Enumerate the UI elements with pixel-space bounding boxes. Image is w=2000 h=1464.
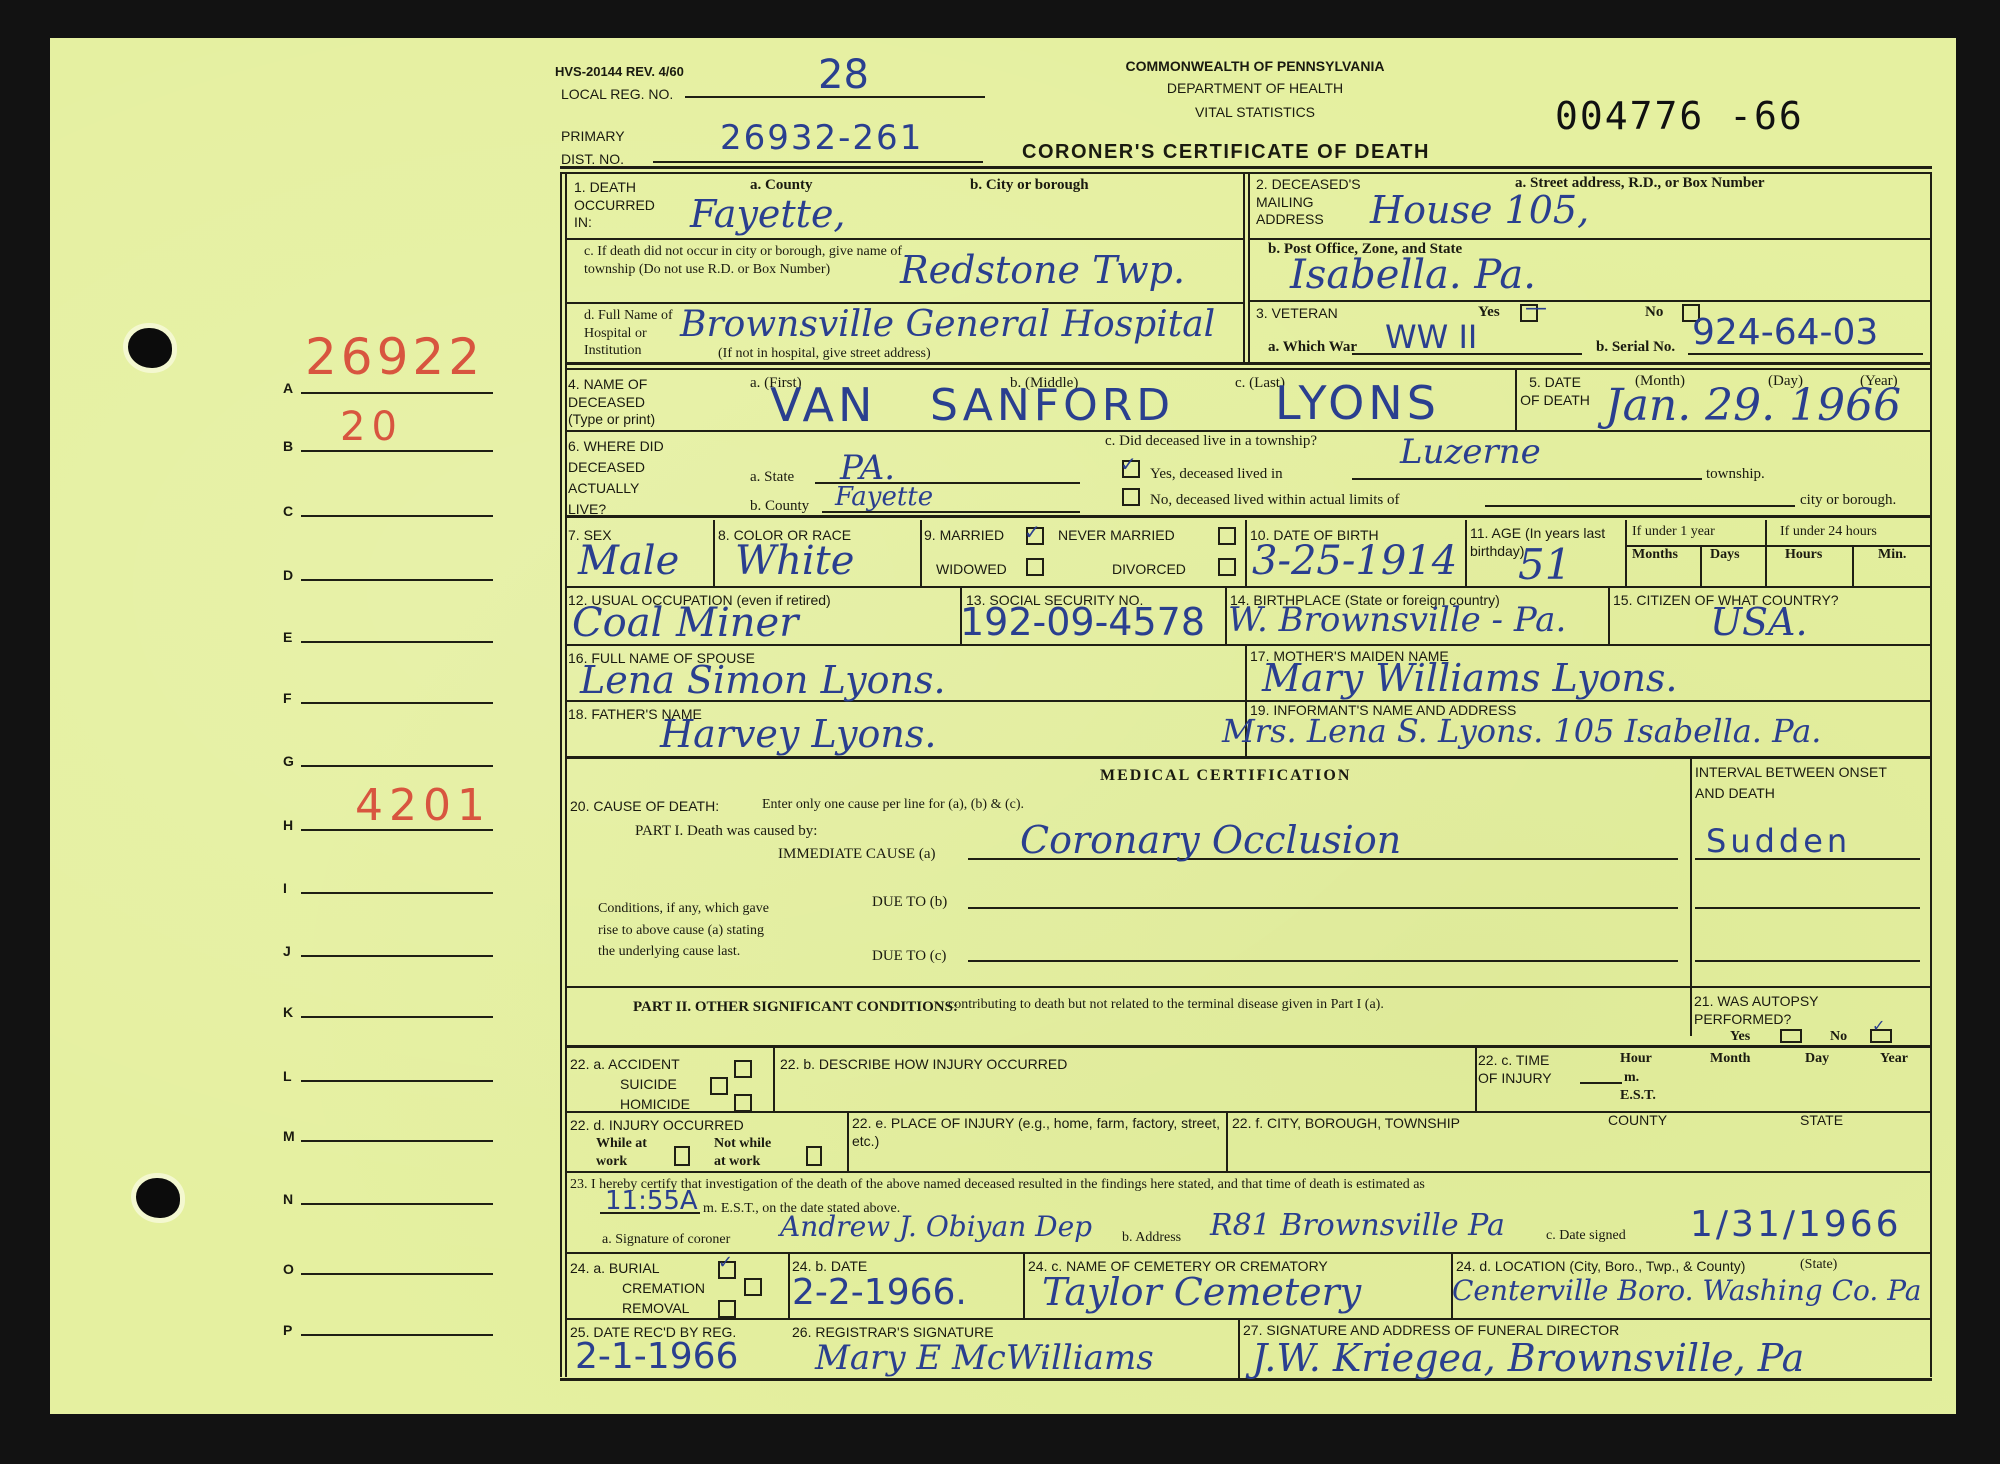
injury-c-label: 22. c. TIME OF INJURY xyxy=(1478,1052,1558,1087)
margin-row-p: P xyxy=(283,1316,493,1338)
f6-state-label: a. State xyxy=(750,468,794,487)
f11-value[interactable]: 51 xyxy=(1518,540,1571,589)
local-reg-label: LOCAL REG. NO. xyxy=(561,86,673,104)
injury-suicide-checkbox[interactable] xyxy=(710,1077,728,1095)
margin-row-n: N xyxy=(283,1185,493,1207)
f6-yes-check-mark-icon: ✓ xyxy=(1120,452,1137,476)
f9-married-label: 9. MARRIED xyxy=(924,527,1004,545)
f9-widowed-label: WIDOWED xyxy=(936,561,1007,579)
form-id: HVS-20144 REV. 4/60 xyxy=(555,64,684,80)
f5-label: 5. DATE OF DEATH xyxy=(1520,374,1590,409)
injury-f-state: STATE xyxy=(1800,1112,1843,1130)
f6-label: 6. WHERE DID DECEASED ACTUALLY LIVE? xyxy=(568,436,668,520)
f13-value[interactable]: 192-09-4578 xyxy=(960,600,1205,644)
f1-city-label: b. City or borough xyxy=(970,176,1089,195)
f9-divorced-checkbox[interactable] xyxy=(1218,558,1236,576)
margin-row-l: L xyxy=(283,1062,493,1084)
f17-value[interactable]: Mary Williams Lyons. xyxy=(1262,656,1678,700)
injury-f-label: 22. f. CITY, BOROUGH, TOWNSHIP xyxy=(1232,1115,1460,1133)
injury-c-year: Year xyxy=(1880,1050,1908,1068)
local-reg-value: 28 xyxy=(818,52,869,98)
injury-d-label: 22. d. INJURY OCCURRED xyxy=(570,1117,744,1135)
f9-divorced-label: DIVORCED xyxy=(1112,561,1186,579)
margin-row-c: C xyxy=(283,497,493,519)
autopsy-label: 21. WAS AUTOPSY PERFORMED? xyxy=(1694,993,1834,1028)
part2-label: PART II. OTHER SIGNIFICANT CONDITIONS: xyxy=(633,998,958,1017)
f19-value[interactable]: Mrs. Lena S. Lyons. 105 Isabella. Pa. xyxy=(1222,712,1821,750)
dist-value: 26932-261 xyxy=(720,118,923,158)
margin-annotation-b: 20 xyxy=(340,404,403,450)
f12-value[interactable]: Coal Miner xyxy=(572,600,798,646)
burial-check-mark-icon: ✓ xyxy=(718,1252,733,1273)
autopsy-yes-label: Yes xyxy=(1730,1028,1750,1046)
f6-county-label: b. County xyxy=(750,497,809,516)
burial-date-value[interactable]: 2-2-1966. xyxy=(792,1272,967,1313)
injury-c-m: m. xyxy=(1624,1069,1639,1087)
f15-value[interactable]: USA. xyxy=(1710,600,1808,644)
f1-hospital-label: d. Full Name of Hospital or Institution xyxy=(584,307,694,360)
f6-city-suffix: city or borough. xyxy=(1800,491,1896,510)
immediate-cause-label: IMMEDIATE CAUSE (a) xyxy=(778,845,935,864)
margin-row-d: D xyxy=(283,561,493,583)
registrar-signature-value[interactable]: Mary E McWilliams xyxy=(815,1338,1154,1378)
part2-note: contributing to death but not related to… xyxy=(948,996,1384,1014)
injury-d-not-while: Not while at work xyxy=(714,1135,784,1170)
coroner-signature-value[interactable]: Andrew J. Obiyan Dep xyxy=(780,1210,1092,1243)
f6-county-value[interactable]: Fayette xyxy=(835,482,933,512)
dist-line xyxy=(653,161,983,163)
autopsy-no-check-mark-icon: ✓ xyxy=(1872,1016,1885,1035)
f4-last-value[interactable]: LYONS xyxy=(1275,376,1440,430)
f9-married-check-mark-icon: ✓ xyxy=(1024,520,1041,544)
coroner-address-label: b. Address xyxy=(1122,1229,1181,1247)
margin-row-m: M xyxy=(283,1122,493,1144)
f4-first-value[interactable]: VAN xyxy=(770,378,876,432)
f11-days-label: Days xyxy=(1710,546,1740,564)
cremation-label: CREMATION xyxy=(622,1280,705,1298)
certify-text: 23. I hereby certify that investigation … xyxy=(570,1176,1425,1194)
part1-label: PART I. Death was caused by: xyxy=(635,822,817,841)
burial-label: 24. a. BURIAL xyxy=(570,1260,660,1278)
injury-d-while: While at work xyxy=(596,1135,656,1170)
margin-row-j: J xyxy=(283,937,493,959)
cause-instructions: Enter only one cause per line for (a), (… xyxy=(762,796,1024,814)
f3-no-label: No xyxy=(1645,303,1663,322)
f10-value[interactable]: 3-25-1914 xyxy=(1252,538,1457,584)
margin-annotation-h: 4201 xyxy=(355,780,491,831)
injury-suicide-label: SUICIDE xyxy=(620,1076,677,1094)
injury-c-est: E.S.T. xyxy=(1620,1087,1656,1105)
f3-yes-label: Yes xyxy=(1478,303,1500,322)
injury-homicide-checkbox[interactable] xyxy=(734,1094,752,1112)
f11-months-label: Months xyxy=(1632,546,1678,564)
f2-label: 2. DECEASED'S MAILING ADDRESS xyxy=(1256,176,1366,229)
f2-street-value[interactable]: House 105, xyxy=(1370,188,1589,232)
date-signed-label: c. Date signed xyxy=(1546,1227,1626,1245)
f6-township-value[interactable]: Luzerne xyxy=(1400,432,1541,472)
autopsy-yes-checkbox[interactable] xyxy=(1780,1029,1802,1043)
f6-no-text: No, deceased lived within actual limits … xyxy=(1150,491,1400,510)
date-recd-value[interactable]: 2-1-1966 xyxy=(575,1336,738,1377)
margin-annotation-a: 26922 xyxy=(305,328,484,386)
injury-accident-checkbox[interactable] xyxy=(734,1060,752,1078)
f3-label: 3. VETERAN xyxy=(1256,305,1338,323)
f11-under1-label: If under 1 year xyxy=(1632,523,1715,541)
funeral-director-value[interactable]: J.W. Kriegea, Brownsville, Pa xyxy=(1252,1336,1804,1380)
margin-row-o: O xyxy=(283,1255,493,1277)
due-to-c-label: DUE TO (c) xyxy=(872,947,946,966)
f6-township-suffix: township. xyxy=(1706,465,1765,484)
margin-row-e: E xyxy=(283,623,493,645)
f11-min-label: Min. xyxy=(1878,546,1906,564)
f2-po-value[interactable]: Isabella. Pa. xyxy=(1290,252,1536,298)
cause-label: 20. CAUSE OF DEATH: xyxy=(570,798,719,816)
f1-township-value[interactable]: Redstone Twp. xyxy=(900,248,1185,292)
f8-value[interactable]: White xyxy=(735,538,854,584)
f1-hospital-note: (If not in hospital, give street address… xyxy=(718,345,931,363)
conditions-note: Conditions, if any, which gave rise to a… xyxy=(598,898,773,963)
autopsy-no-label: No xyxy=(1830,1028,1847,1046)
agency-line3: VITAL STATISTICS xyxy=(1085,104,1425,122)
certify-time-value[interactable]: 11:55A xyxy=(605,1186,698,1216)
f3-serial-label: b. Serial No. xyxy=(1596,338,1675,357)
f3-yes-check-mark-icon: — xyxy=(1525,296,1547,321)
margin-row-f: F xyxy=(283,684,493,706)
f6-yes-text: Yes, deceased lived in xyxy=(1150,465,1283,484)
date-signed-value[interactable]: 1/31/1966 xyxy=(1690,1204,1902,1245)
due-to-b-label: DUE TO (b) xyxy=(872,893,947,912)
f1-hospital-value[interactable]: Brownsville General Hospital xyxy=(680,304,1215,345)
cemetery-value[interactable]: Taylor Cemetery xyxy=(1042,1270,1361,1314)
f11-under24-label: If under 24 hours xyxy=(1780,523,1877,541)
f1-label: 1. DEATH OCCURRED IN: xyxy=(574,179,664,232)
coroner-address-value[interactable]: R81 Brownsville Pa xyxy=(1210,1208,1505,1243)
f7-value[interactable]: Male xyxy=(578,538,679,584)
removal-checkbox[interactable] xyxy=(718,1300,736,1318)
injury-not-while-checkbox[interactable] xyxy=(806,1146,822,1166)
certificate-number: 004776 -66 xyxy=(1555,94,1804,138)
f16-value[interactable]: Lena Simon Lyons. xyxy=(580,658,946,702)
injury-c-day: Day xyxy=(1805,1050,1829,1068)
margin-row-k: K xyxy=(283,998,493,1020)
f4-label: 4. NAME OF DECEASED (Type or print) xyxy=(568,376,678,429)
coroner-signature-label: a. Signature of coroner xyxy=(602,1231,730,1249)
burial-state-label: (State) xyxy=(1800,1256,1837,1274)
f11-hours-label: Hours xyxy=(1785,546,1822,564)
agency-line1: COMMONWEALTH OF PENNSYLVANIA xyxy=(1085,58,1425,76)
f18-value[interactable]: Harvey Lyons. xyxy=(660,712,936,756)
f1-county-value[interactable]: Fayette, xyxy=(690,192,846,236)
f3-war-label: a. Which War xyxy=(1268,338,1357,357)
f6-township-question: c. Did deceased live in a township? xyxy=(1105,432,1317,451)
margin-row-g: G xyxy=(283,747,493,769)
injury-c-month: Month xyxy=(1710,1050,1750,1068)
f6-no-checkbox[interactable] xyxy=(1122,488,1140,506)
burial-location-value[interactable]: Centerville Boro. Washing Co. Pa xyxy=(1452,1274,1922,1307)
f3-serial-value[interactable]: 924-64-03 xyxy=(1692,312,1878,353)
injury-homicide-label: HOMICIDE xyxy=(620,1096,690,1114)
primary-label: PRIMARY xyxy=(561,128,625,146)
f14-value[interactable]: W. Brownsville - Pa. xyxy=(1228,600,1566,640)
injury-accident-label: 22. a. ACCIDENT xyxy=(570,1056,680,1074)
agency-line2: DEPARTMENT OF HEALTH xyxy=(1085,80,1425,98)
injury-b-label: 22. b. DESCRIBE HOW INJURY OCCURRED xyxy=(780,1056,1067,1074)
medical-title: MEDICAL CERTIFICATION xyxy=(1100,766,1351,786)
f5-value[interactable]: Jan. 29. 1966 xyxy=(1605,380,1901,431)
f9-never-label: NEVER MARRIED xyxy=(1058,527,1175,545)
removal-label: REMOVAL xyxy=(622,1300,689,1318)
punch-hole-bottom xyxy=(136,1178,180,1218)
f3-war-value[interactable]: WW II xyxy=(1385,318,1477,356)
immediate-cause-value[interactable]: Coronary Occlusion xyxy=(1020,818,1401,862)
injury-while-checkbox[interactable] xyxy=(674,1146,690,1166)
f9-widowed-checkbox[interactable] xyxy=(1026,558,1044,576)
burial-location-label: 24. d. LOCATION (City, Boro., Twp., & Co… xyxy=(1456,1258,1745,1276)
margin-row-i: I xyxy=(283,874,493,896)
cremation-checkbox[interactable] xyxy=(744,1278,762,1296)
injury-e-label: 22. e. PLACE OF INJURY (e.g., home, farm… xyxy=(852,1115,1222,1150)
injury-c-hour: Hour xyxy=(1620,1050,1652,1068)
f1-township-label: c. If death did not occur in city or bor… xyxy=(584,243,904,278)
injury-f-county: COUNTY xyxy=(1608,1112,1667,1130)
f4-middle-value[interactable]: SANFORD xyxy=(930,380,1174,431)
page-title: CORONER'S CERTIFICATE OF DEATH xyxy=(1022,140,1430,165)
f9-never-checkbox[interactable] xyxy=(1218,527,1236,545)
interval-a-value[interactable]: Sudden xyxy=(1706,822,1851,860)
punch-hole-top xyxy=(128,328,172,368)
interval-label: INTERVAL BETWEEN ONSET AND DEATH xyxy=(1695,762,1915,804)
